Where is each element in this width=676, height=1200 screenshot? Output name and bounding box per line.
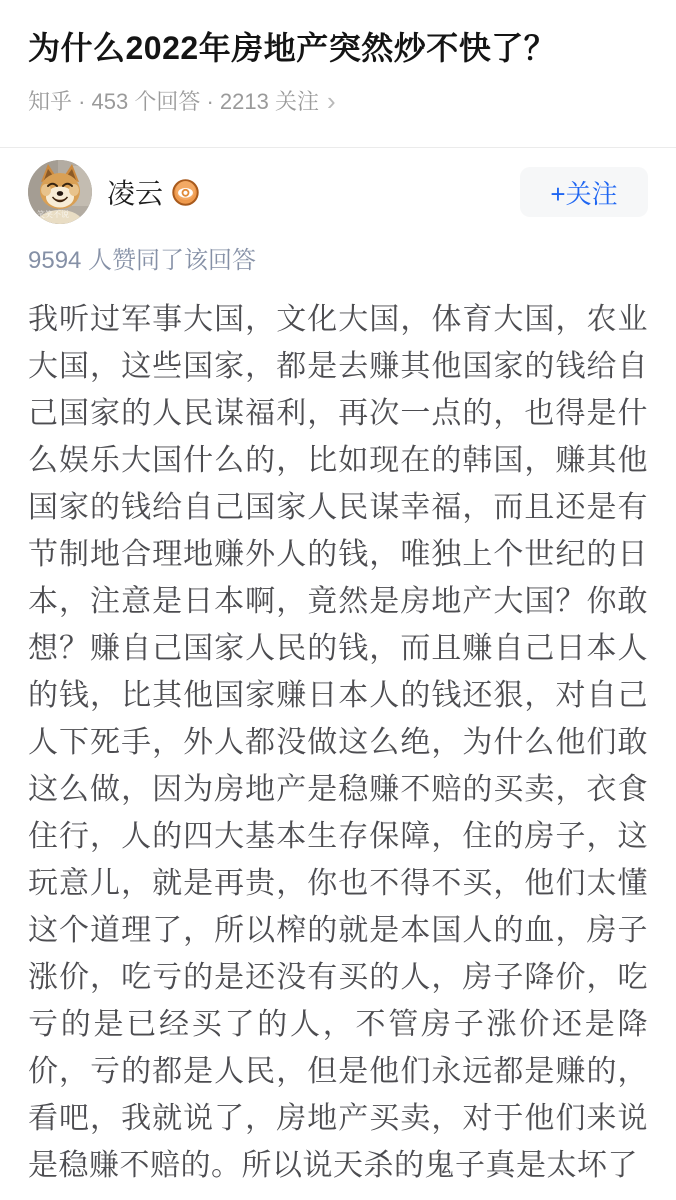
avatar-watermark-text: 笑笑不说: [37, 209, 69, 219]
answer-body-text: 我听过军事大国，文化大国，体育大国，农业大国，这些国家，都是去赚其他国家的钱给自…: [28, 296, 648, 1189]
question-meta-link[interactable]: 知乎 · 453 个回答 · 2213 关注 ›: [28, 87, 648, 117]
answer-author-row: 笑笑不说 凌云 +关注: [28, 160, 648, 224]
author-eye-badge-icon: [172, 179, 199, 206]
follow-button[interactable]: +关注: [520, 167, 648, 217]
question-meta-text: 知乎 · 453 个回答 · 2213 关注: [28, 87, 319, 117]
section-divider: [0, 147, 676, 148]
upvote-count-text: 9594 人赞同了该回答: [28, 247, 648, 275]
zhihu-answer-page: 为什么2022年房地产突然炒不快了？ 知乎 · 453 个回答 · 2213 关…: [0, 0, 676, 1200]
author-name[interactable]: 凌云: [107, 172, 163, 212]
avatar[interactable]: 笑笑不说: [28, 160, 92, 224]
shiba-dog-avatar-image: 笑笑不说: [28, 160, 92, 224]
chevron-right-icon: ›: [327, 88, 336, 117]
question-title: 为什么2022年房地产突然炒不快了？: [28, 0, 648, 69]
